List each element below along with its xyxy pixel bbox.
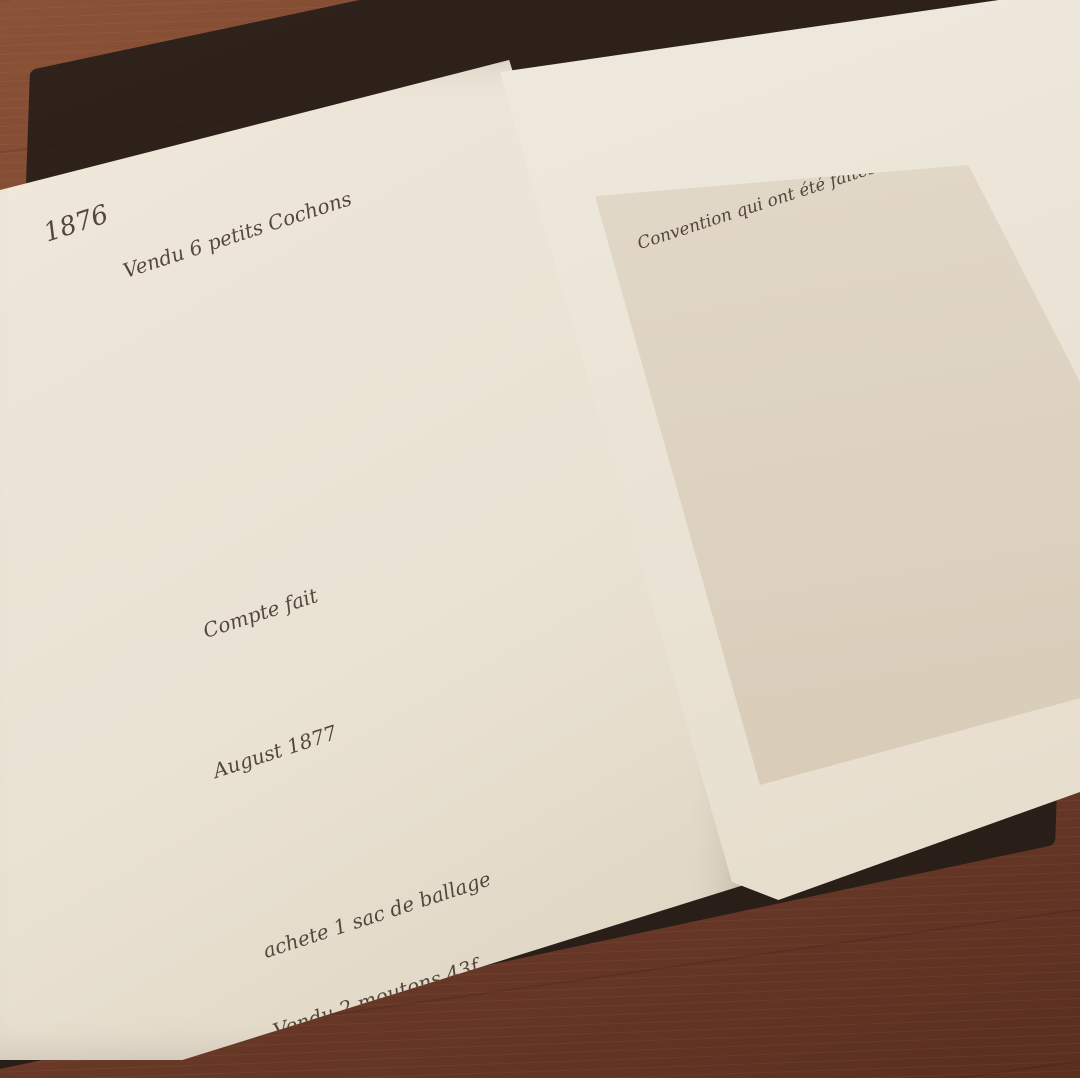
entry-text: August 1877	[210, 720, 340, 783]
entry-text: Compte fait	[200, 583, 321, 643]
entry-text: Vendu 2 moutons 43f	[270, 954, 482, 1043]
entry-text: Vendu 6 petits Cochons	[120, 186, 355, 283]
year-heading: 1876	[40, 200, 112, 249]
entry-text: achete 1 sac de ballage	[260, 866, 494, 962]
